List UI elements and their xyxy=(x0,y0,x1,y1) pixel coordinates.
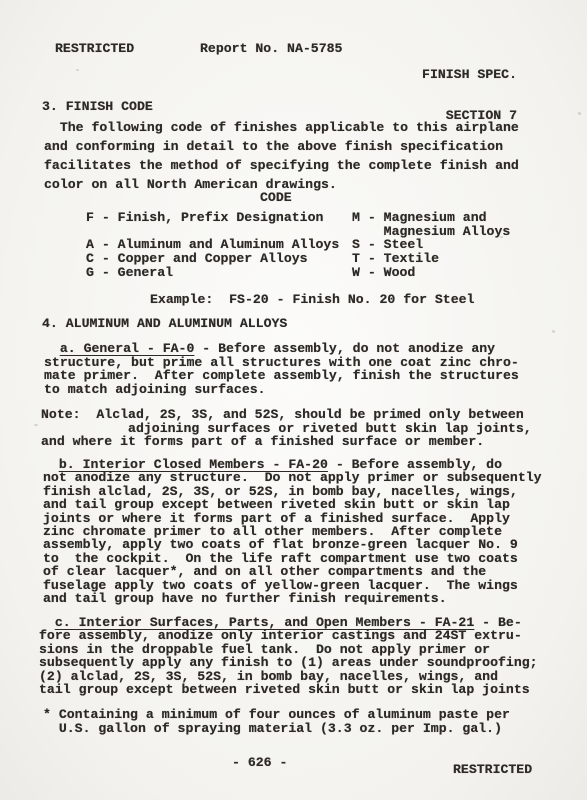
section-3-heading: 3. FINISH CODE xyxy=(42,99,153,114)
header-spec-title: FINISH SPEC. xyxy=(422,68,517,82)
scan-speck xyxy=(500,236,503,238)
paragraph-b-interior-closed-members: b. Interior Closed Members - FA-20 - Bef… xyxy=(43,458,542,605)
footnote: * Containing a minimum of four ounces of… xyxy=(43,708,510,736)
header-classification: RESTRICTED xyxy=(55,41,134,56)
document-page: RESTRICTED Report No. NA-5785 FINISH SPE… xyxy=(0,0,587,800)
footer-classification: RESTRICTED xyxy=(453,762,532,777)
scan-speck xyxy=(578,112,581,115)
code-example-line: Example: FS-20 - Finish No. 20 for Steel xyxy=(150,292,474,307)
scan-speck xyxy=(76,69,79,71)
paragraph-c-interior-surfaces: c. Interior Surfaces, Parts, and Open Me… xyxy=(39,616,538,696)
scan-speck xyxy=(552,330,555,333)
page-number: - 626 - xyxy=(232,755,287,770)
section-4-heading: 4. ALUMINUM AND ALUMINUM ALLOYS xyxy=(42,316,287,331)
scan-speck xyxy=(34,424,38,426)
section-3-intro-paragraph: The following code of finishes applicabl… xyxy=(44,118,519,194)
code-table-right-column: M - Magnesium and Magnesium AlloysS - St… xyxy=(352,211,510,280)
note-block: Note: Alclad, 2S, 3S, and 52S, should be… xyxy=(41,408,532,449)
paragraph-a-general: a. General - FA-0 - Before assembly, do … xyxy=(44,342,519,396)
code-table-title: CODE xyxy=(260,190,292,205)
header-report-number: Report No. NA-5785 xyxy=(200,41,342,56)
code-table-left-column: F - Finish, Prefix Designation A - Alumi… xyxy=(86,211,339,280)
